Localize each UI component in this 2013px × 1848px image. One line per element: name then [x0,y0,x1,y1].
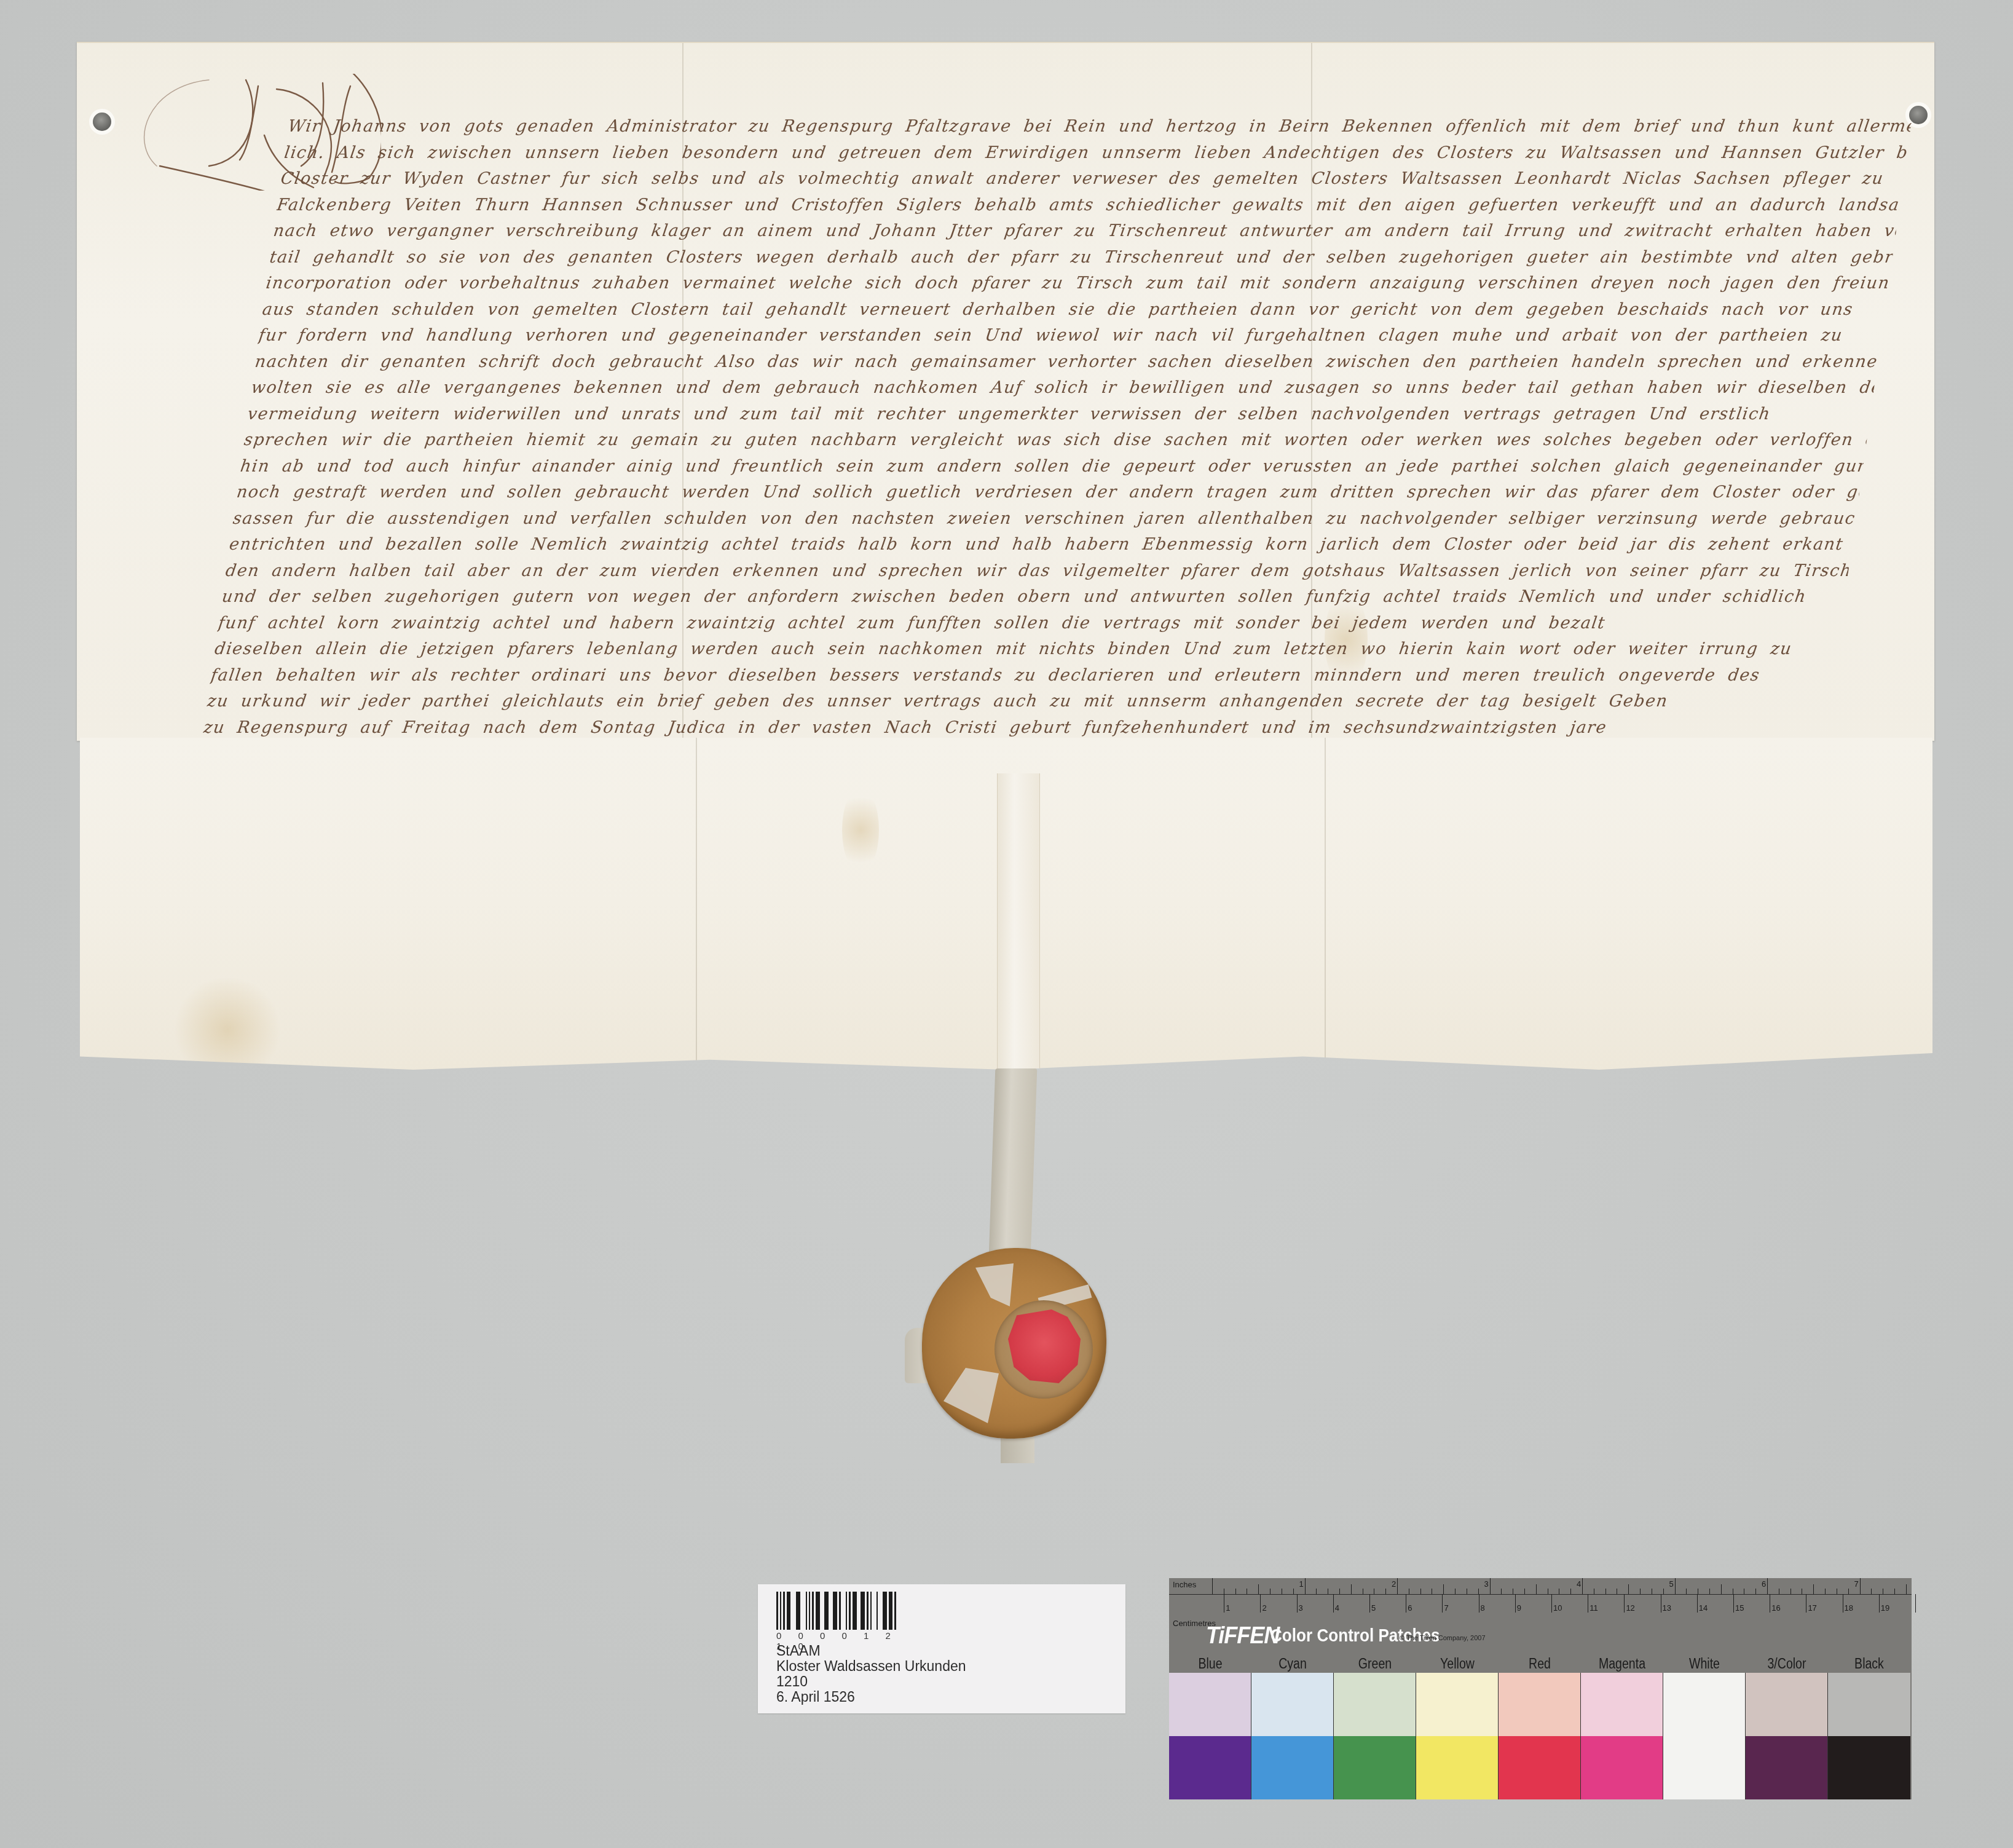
fold-crease [696,738,697,1070]
ruler-tick [1247,1589,1247,1594]
ruler-tick [1432,1589,1432,1594]
ruler-tick [1397,1578,1398,1594]
patch-dark-black [1828,1736,1910,1799]
ruler-tick [1697,1594,1698,1613]
ruler-tick [1879,1594,1880,1613]
patch-label-red: Red [1505,1656,1575,1672]
ruler-tick [1385,1589,1386,1594]
ruler-tick [1467,1589,1467,1594]
ruler-tick [1224,1589,1224,1594]
text-line: vermeidung weitern widerwillen und unrat… [246,401,1872,428]
ruler-tick [1363,1589,1363,1594]
ruler-tick [1709,1589,1710,1594]
ruler-tick [1536,1584,1537,1594]
patch-label-cyan: Cyan [1258,1656,1328,1672]
dark-patch-row [1169,1736,1912,1799]
inch-number: 4 [1577,1579,1581,1589]
ruler-tick [1515,1594,1516,1613]
cm-number: 9 [1517,1603,1521,1613]
ruler-tick [1559,1589,1559,1594]
inch-number: 2 [1392,1579,1396,1589]
ruler-tick [1455,1589,1456,1594]
ruler-tick [1260,1594,1261,1613]
archive-name: StAAM [776,1643,966,1659]
cm-number: 2 [1262,1603,1266,1613]
ruler-tick [1813,1584,1814,1594]
ruler-tick [1409,1589,1409,1594]
ruler-tick [1617,1589,1617,1594]
patch-light-3-color [1746,1673,1828,1736]
cm-number: 16 [1771,1603,1780,1613]
mounting-pin [93,113,111,131]
ruler-tick [1588,1594,1588,1613]
ruler-tick [1640,1589,1641,1594]
ruler-tick [1594,1589,1594,1594]
inches-label: Inches [1173,1580,1196,1589]
ruler-tick [1479,1594,1479,1613]
text-line: entrichten und bezallen solle Nemlich zw… [227,532,1854,558]
inch-number: 3 [1484,1579,1489,1589]
seal-strap-through-plica [997,773,1040,1068]
ruler-tick [1513,1589,1513,1594]
ruler-tick [1624,1594,1625,1613]
ruler-tick [1779,1589,1779,1594]
ruler-tick [1235,1589,1236,1594]
ruler-tick [1548,1589,1548,1594]
ruler-tick [1661,1594,1661,1613]
inch-number: 5 [1669,1579,1674,1589]
color-control-chart: Inches 1234567 1234567891011121314151617… [1169,1578,1912,1799]
ruler-tick [1490,1578,1491,1594]
text-line: dieselben allein die jetzigen pfarers le… [213,636,1839,663]
inch-number: 1 [1299,1579,1304,1589]
ruler-tick [1698,1589,1698,1594]
inch-number: 6 [1762,1579,1766,1589]
text-line: nach etwo vergangner verschreibung klage… [272,218,1898,245]
patch-dark-green [1334,1736,1416,1799]
ruler-tick [1744,1589,1744,1594]
ruler-tick [1293,1589,1294,1594]
patch-dark-red [1499,1736,1581,1799]
ruler-tick [1860,1578,1861,1594]
cm-number: 13 [1663,1603,1671,1613]
ruler-tick [1767,1578,1768,1594]
ruler-tick [1442,1594,1443,1613]
ruler-tick [1328,1589,1328,1594]
ruler-tick [1806,1594,1806,1613]
patch-dark-cyan [1251,1736,1334,1799]
barcode [776,1592,898,1630]
charter-handwritten-text: Wir Johanns von gots genaden Administrat… [202,114,1912,741]
patch-label-yellow: Yellow [1422,1656,1492,1672]
ruler-tick [1871,1589,1872,1594]
cm-number: 1 [1226,1603,1230,1613]
cm-number: 5 [1371,1603,1376,1613]
ruler-tick [1420,1589,1421,1594]
ruler-tick [1770,1594,1770,1613]
cm-number: 6 [1408,1603,1412,1613]
text-line: tail gehandlt so sie von des genanten Cl… [268,245,1894,271]
ruler-tick [1316,1589,1317,1594]
light-patch-row [1169,1673,1912,1736]
patch-label-white: White [1669,1656,1739,1672]
cm-number: 14 [1699,1603,1708,1613]
cm-number: 11 [1590,1603,1598,1613]
patch-label-black: Black [1834,1656,1904,1672]
ruler-tick [1374,1589,1374,1594]
cm-number: 8 [1481,1603,1485,1613]
text-line: zu Regenspurg auf Freitag nach dem Sonta… [202,715,1828,741]
ruler-tick [1906,1584,1907,1594]
text-line: Wir Johanns von gots genaden Administrat… [286,114,1913,140]
patch-light-magenta [1581,1673,1663,1736]
patch-light-yellow [1416,1673,1499,1736]
ruler-tick [1369,1594,1370,1613]
text-line: und der selben zugehorigen gutern von we… [220,584,1846,610]
ruler-tick [1582,1578,1583,1594]
ruler-tick [1733,1589,1733,1594]
ruler-tick [1843,1594,1843,1613]
text-line: incorporation oder vorbehaltnus zuhaben … [264,270,1891,297]
ruler-tick [1270,1589,1270,1594]
cm-number: 10 [1553,1603,1562,1613]
cm-number: 3 [1299,1603,1303,1613]
inch-number: 7 [1854,1579,1859,1589]
text-line: noch gestraft werden und sollen gebrauch… [235,480,1861,506]
archive-label: 0 0 0 0 1 2 1 0 StAAM Kloster Waldsassen… [758,1584,1125,1713]
patch-dark-3-color [1746,1736,1828,1799]
text-line: wolten sie es alle vergangenes bekennen … [250,375,1876,401]
document-date: 6. April 1526 [776,1689,966,1705]
text-line: Closter zur Wyden Castner fur sich selbs… [279,166,1905,192]
text-line: Falckenberg Veiten Thurn Hannsen Schnuss… [275,192,1902,219]
cm-number: 19 [1881,1603,1889,1613]
stain [842,787,879,873]
text-line: lich. Als sich zwischen unnsern lieben b… [283,140,1909,167]
cm-number: 15 [1735,1603,1744,1613]
ruler-tick [1524,1589,1525,1594]
ruler-tick [1551,1594,1552,1613]
ruler-tick [1478,1589,1479,1594]
ruler-tick [1605,1589,1606,1594]
text-line: aus standen schulden von gemelten Closte… [261,297,1887,323]
ruler-tick [1570,1589,1571,1594]
ruler-tick [1915,1594,1916,1613]
patch-label-magenta: Magenta [1587,1656,1657,1672]
copyright-notice: © The Tiffen Company, 2007 [1400,1635,1486,1642]
text-line: den andern halben tail aber an der zum v… [224,558,1850,585]
text-line: nachten dir genanten schrift doch gebrau… [253,349,1880,376]
patch-light-cyan [1251,1673,1334,1736]
text-line: funf achtel korn zwaintzig achtel und ha… [216,610,1843,637]
ruler-tick [1351,1584,1352,1594]
ruler-tick [1282,1589,1282,1594]
ruler-tick [1883,1589,1883,1594]
patch-name-row: BlueCyanGreenYellowRedMagentaWhite3/Colo… [1169,1656,1912,1673]
ruler-tick [1333,1594,1334,1613]
patch-light-white [1663,1673,1746,1736]
ruler-tick [1686,1589,1687,1594]
patch-dark-magenta [1581,1736,1663,1799]
text-line: hin ab und tod auch hinfur ainander aini… [238,454,1865,480]
cm-number: 4 [1335,1603,1339,1613]
ruler-tick [1733,1594,1734,1613]
text-line: fallen behalten wir als rechter ordinari… [209,663,1835,689]
patch-dark-blue [1169,1736,1251,1799]
ruler-tick [1339,1589,1340,1594]
inch-ruler: Inches 1234567 [1169,1578,1912,1595]
ruler-tick [1755,1589,1756,1594]
patch-light-red [1499,1673,1581,1736]
ruler-tick [1224,1594,1224,1613]
ruler-tick [1825,1589,1826,1594]
ruler-tick [1802,1589,1802,1594]
document-number: 1210 [776,1674,966,1689]
tiffen-logo: TiFFEN [1206,1621,1279,1649]
ruler-tick [1212,1578,1213,1594]
fold-crease [1325,738,1326,1070]
patch-label-3-color: 3/Color [1752,1656,1822,1672]
ruler-tick [1305,1578,1306,1594]
ruler-tick [1258,1584,1259,1594]
text-line: zu urkund wir jeder parthei gleichlauts … [205,689,1832,715]
ruler-tick [1663,1589,1664,1594]
ruler-tick [1721,1584,1722,1594]
ruler-tick [1675,1578,1676,1594]
ruler-tick [1501,1589,1502,1594]
cm-number: 18 [1845,1603,1853,1613]
ruler-tick [1790,1589,1791,1594]
patch-light-blue [1169,1673,1251,1736]
collection-name: Kloster Waldsassen Urkunden [776,1659,966,1674]
cm-number: 12 [1626,1603,1634,1613]
ruler-tick [1406,1594,1406,1613]
text-line: sprechen wir die partheien hiemit zu gem… [242,427,1869,454]
patch-dark-white [1663,1736,1746,1799]
centimetre-ruler: 12345678910111213141516171819 [1169,1594,1912,1616]
patch-label-blue: Blue [1175,1656,1245,1672]
patch-dark-yellow [1416,1736,1499,1799]
ruler-tick [1628,1584,1629,1594]
cm-number: 7 [1444,1603,1448,1613]
text-line: sassen fur die ausstendigen und verfalle… [231,506,1857,532]
patch-light-green [1334,1673,1416,1736]
ruler-tick [1652,1589,1652,1594]
ruler-tick [1894,1589,1895,1594]
ruler-tick [1848,1589,1849,1594]
ruler-tick [1297,1594,1298,1613]
stain [172,977,283,1082]
patch-light-black [1828,1673,1910,1736]
cm-number: 17 [1808,1603,1816,1613]
text-line: fur fordern vnd handlung verhoren und ge… [257,323,1883,349]
patch-label-green: Green [1340,1656,1410,1672]
ruler-tick [1443,1584,1444,1594]
ruler-tick [1837,1589,1837,1594]
